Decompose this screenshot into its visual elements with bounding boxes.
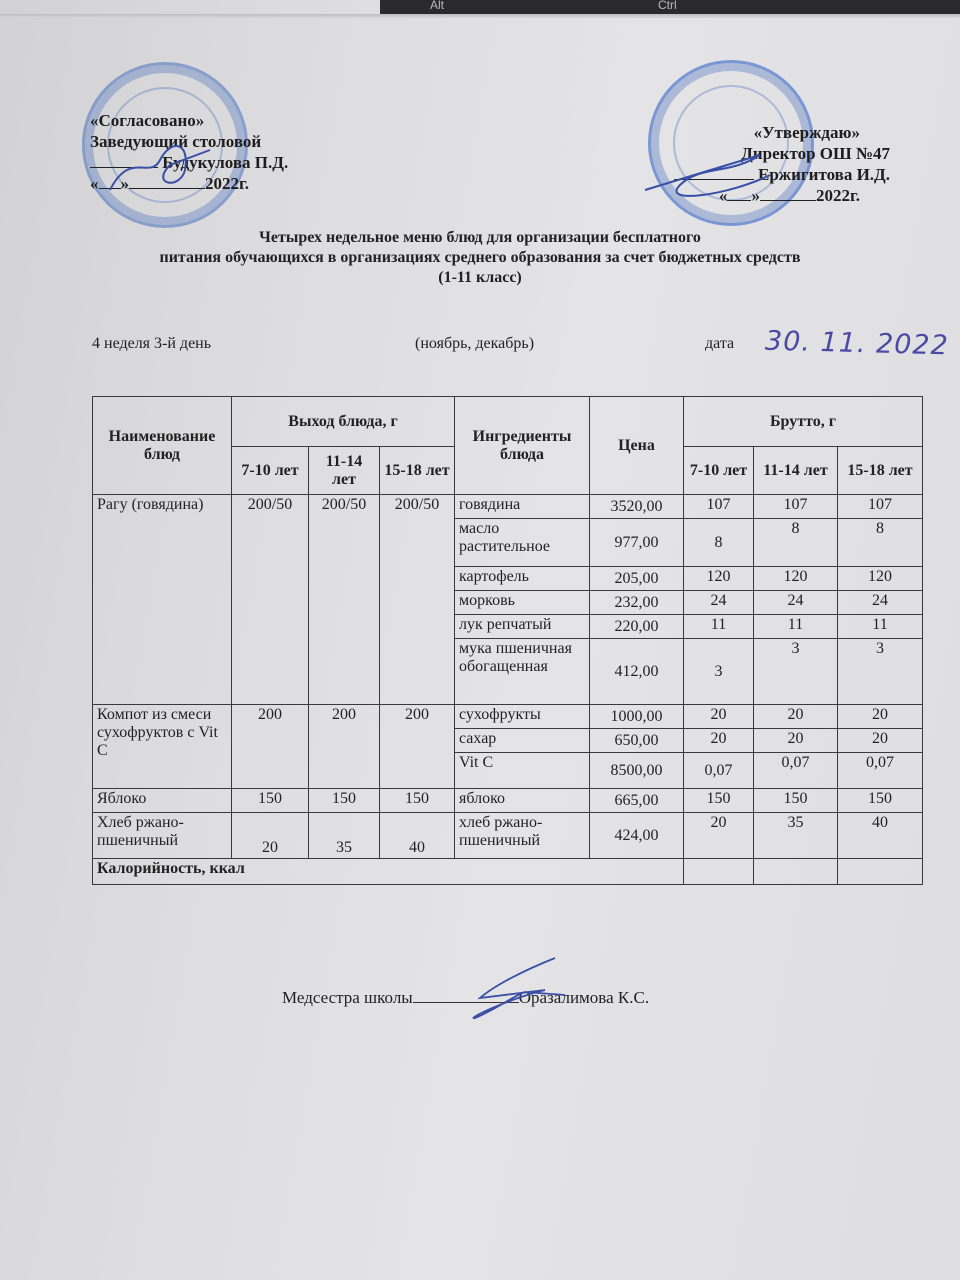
dish-name: Хлеб ржано-пшеничный [93, 813, 232, 859]
ingredient-name: говядина [455, 495, 590, 519]
dish-yield: 150 [380, 789, 455, 813]
ingredient-gross: 11 [684, 615, 754, 639]
ingredient-name: картофель [455, 567, 590, 591]
dish-name: Яблоко [93, 789, 232, 813]
ingredient-gross: 24 [838, 591, 923, 615]
ingredient-name: сахар [455, 729, 590, 753]
dish-name: Компот из смеси сухофруктов с Vit C [93, 705, 232, 789]
approval-left-title: «Согласовано» [90, 110, 288, 131]
ingredient-gross: 8 [684, 519, 754, 567]
document-title: Четырех недельное меню блюд для организа… [0, 228, 960, 288]
ingredient-gross: 120 [684, 567, 754, 591]
ingredient-gross: 20 [684, 705, 754, 729]
signature-right-icon [640, 145, 790, 205]
table-row: Хлеб ржано-пшеничный203540хлеб ржано-пше… [93, 813, 923, 859]
ingredient-gross: 20 [838, 729, 923, 753]
ingredient-gross: 20 [684, 813, 754, 859]
table-row: Компот из смеси сухофруктов с Vit C20020… [93, 705, 923, 729]
ingredient-gross: 107 [684, 495, 754, 519]
ingredient-gross: 20 [684, 729, 754, 753]
dish-yield: 200/50 [380, 495, 455, 705]
calories-15-18 [838, 859, 923, 885]
ingredient-gross: 120 [754, 567, 838, 591]
ingredient-gross: 11 [754, 615, 838, 639]
ingredient-gross: 3 [754, 639, 838, 705]
ingredient-gross: 11 [838, 615, 923, 639]
ingredient-price: 220,00 [590, 615, 684, 639]
ingredient-gross: 107 [838, 495, 923, 519]
ingredient-gross: 8 [754, 519, 838, 567]
ingredient-name: яблоко [455, 789, 590, 813]
dish-yield: 40 [380, 813, 455, 859]
paper-edge [0, 14, 960, 18]
ingredient-gross: 3 [684, 639, 754, 705]
alt-key: Alt [430, 0, 444, 12]
ingredient-price: 8500,00 [590, 753, 684, 789]
dish-yield: 200/50 [232, 495, 309, 705]
approval-right-year: 2022г. [816, 186, 860, 205]
ingredient-name: масло растительное [455, 519, 590, 567]
ingredient-gross: 0,07 [684, 753, 754, 789]
ingredient-price: 3520,00 [590, 495, 684, 519]
ingredient-gross: 20 [838, 705, 923, 729]
approval-right-title: «Утверждаю» [640, 122, 890, 143]
nurse-signature-icon [435, 950, 585, 1030]
calories-11-14 [754, 859, 838, 885]
ingredient-gross: 20 [754, 705, 838, 729]
ingredient-name: морковь [455, 591, 590, 615]
header-yield-7-10: 7-10 лет [232, 447, 309, 495]
table-row: Яблоко150150150яблоко665,00150150150 [93, 789, 923, 813]
dish-yield: 200/50 [309, 495, 380, 705]
ingredient-price: 424,00 [590, 813, 684, 859]
signature-left-icon [90, 130, 250, 200]
keyboard-overlay: Alt Ctrl [380, 0, 960, 14]
menu-table: Наименование блюд Выход блюда, г Ингреди… [92, 396, 923, 885]
dish-yield: 20 [232, 813, 309, 859]
dish-yield: 200 [309, 705, 380, 789]
ingredient-gross: 24 [754, 591, 838, 615]
calories-label: Калорийность, ккал [93, 859, 684, 885]
header-yield: Выход блюда, г [232, 397, 455, 447]
ingredient-name: сухофрукты [455, 705, 590, 729]
table-row: Рагу (говядина)200/50200/50200/50говядин… [93, 495, 923, 519]
ingredient-price: 1000,00 [590, 705, 684, 729]
ingredient-gross: 0,07 [754, 753, 838, 789]
calories-7-10 [684, 859, 754, 885]
header-yield-15-18: 15-18 лет [380, 447, 455, 495]
dish-name: Рагу (говядина) [93, 495, 232, 705]
ingredient-price: 232,00 [590, 591, 684, 615]
ingredient-gross: 107 [754, 495, 838, 519]
nurse-label: Медсестра школы [282, 988, 413, 1007]
ingredient-gross: 150 [754, 789, 838, 813]
ingredient-gross: 35 [754, 813, 838, 859]
months: (ноябрь, декабрь) [415, 335, 534, 353]
ingredient-name: мука пшеничная обогащенная [455, 639, 590, 705]
ingredient-price: 977,00 [590, 519, 684, 567]
dish-yield: 35 [309, 813, 380, 859]
ingredient-name: Vit C [455, 753, 590, 789]
header-gross: Брутто, г [684, 397, 923, 447]
ctrl-key: Ctrl [658, 0, 677, 12]
ingredient-gross: 20 [754, 729, 838, 753]
dish-yield: 200 [380, 705, 455, 789]
dish-yield: 200 [232, 705, 309, 789]
header-price: Цена [590, 397, 684, 495]
dish-yield: 150 [309, 789, 380, 813]
ingredient-gross: 120 [838, 567, 923, 591]
ingredient-gross: 150 [684, 789, 754, 813]
ingredient-price: 412,00 [590, 639, 684, 705]
ingredient-price: 665,00 [590, 789, 684, 813]
dish-yield: 150 [232, 789, 309, 813]
date-label: дата [705, 335, 734, 353]
header-gross-7-10: 7-10 лет [684, 447, 754, 495]
header-gross-15-18: 15-18 лет [838, 447, 923, 495]
header-dish-name: Наименование блюд [93, 397, 232, 495]
ingredient-name: лук репчатый [455, 615, 590, 639]
ingredient-name: хлеб ржано-пшеничный [455, 813, 590, 859]
ingredient-gross: 8 [838, 519, 923, 567]
header-yield-11-14: 11-14 лет [309, 447, 380, 495]
ingredient-price: 650,00 [590, 729, 684, 753]
header-ingredients: Ингредиенты блюда [455, 397, 590, 495]
date-value: 30. 11. 2022 [765, 326, 950, 362]
ingredient-gross: 24 [684, 591, 754, 615]
ingredient-gross: 40 [838, 813, 923, 859]
week-day: 4 неделя 3-й день [92, 335, 211, 353]
ingredient-price: 205,00 [590, 567, 684, 591]
ingredient-gross: 0,07 [838, 753, 923, 789]
ingredient-gross: 3 [838, 639, 923, 705]
ingredient-gross: 150 [838, 789, 923, 813]
header-gross-11-14: 11-14 лет [754, 447, 838, 495]
